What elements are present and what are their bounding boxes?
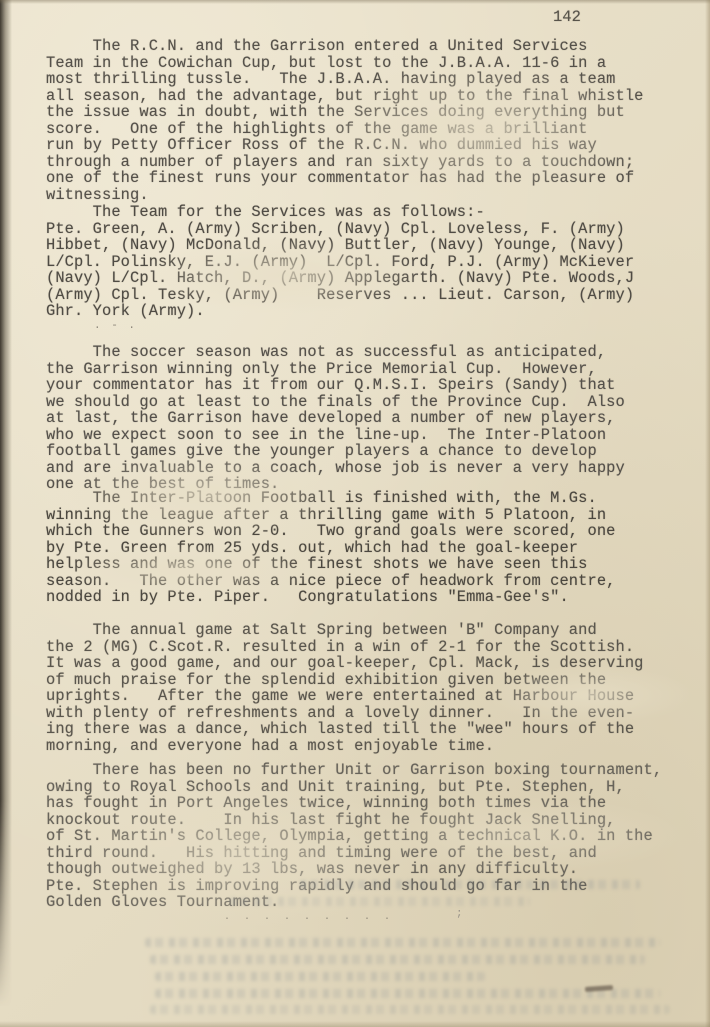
scan-edge-left [0, 0, 12, 1027]
bleed-through-text-smudge [145, 938, 660, 947]
paragraph-boxing-report: There has been no further Unit or Garris… [46, 762, 686, 911]
scan-edge-right [705, 0, 710, 1027]
document-page: 142 The R.C.N. and the Garrison entered … [0, 0, 710, 1027]
pencil-smudge-mark [585, 985, 613, 992]
page-number: 142 [553, 8, 581, 26]
paragraph-salt-spring-game: The annual game at Salt Spring between '… [46, 622, 686, 754]
scan-edge-top [0, 0, 710, 4]
separator-dots: . . . . . . . . . [224, 912, 394, 923]
bleed-through-text-smudge [155, 972, 485, 981]
bleed-through-text-smudge [150, 955, 645, 964]
paragraph-inter-platoon-football: The Inter-Platoon Football is finished w… [46, 490, 686, 606]
paragraph-united-services-rugby: The R.C.N. and the Garrison entered a Un… [46, 38, 686, 203]
paragraph-services-team-list: The Team for the Services was as follows… [46, 204, 686, 320]
paragraph-soccer-season: The soccer season was not as successful … [46, 344, 686, 493]
stray-typewriter-mark: . - . [94, 320, 137, 332]
stray-ink-mark: ; [456, 908, 463, 920]
bleed-through-text-smudge [150, 1005, 670, 1014]
scan-edge-bottom [0, 1021, 710, 1027]
